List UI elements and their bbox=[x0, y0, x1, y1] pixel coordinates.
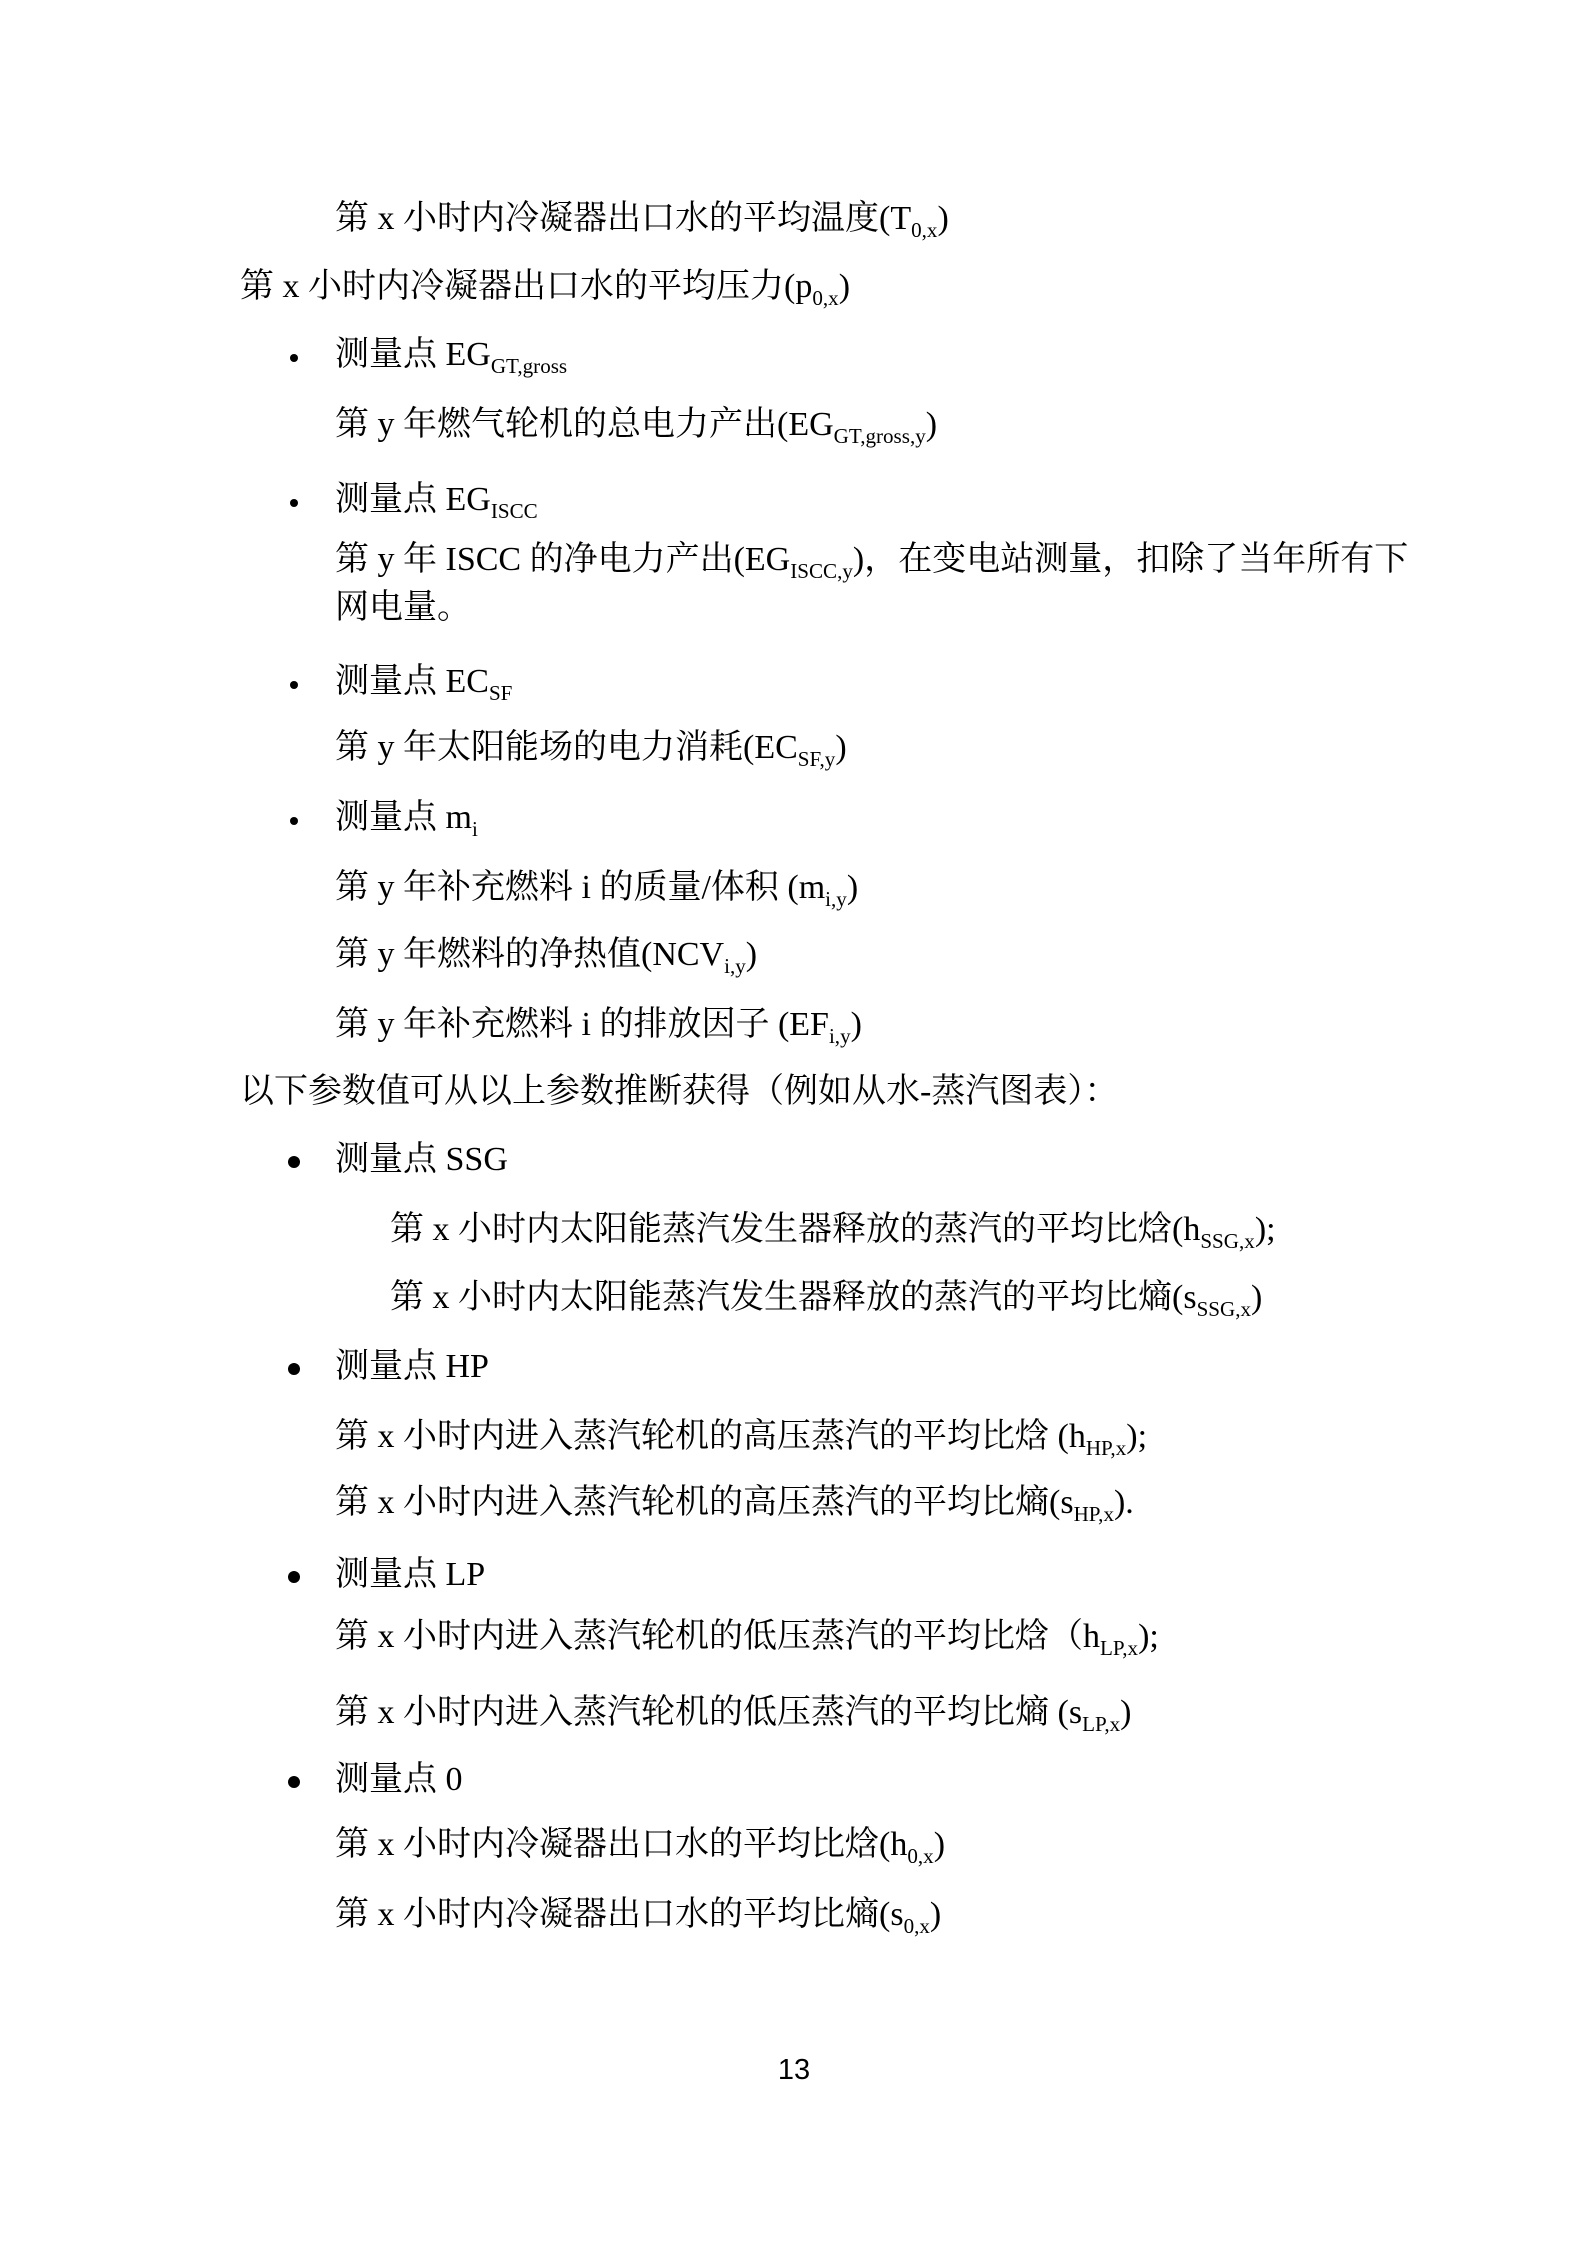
paragraph-line: 第 x 小时内进入蒸汽轮机的低压蒸汽的平均比熵 (sLP,x) bbox=[335, 1693, 1131, 1733]
paragraph-text: 第 x 小时内进入蒸汽轮机的低压蒸汽的平均比焓（hLP,x); bbox=[335, 1617, 1159, 1657]
document-page: 第 x 小时内冷凝器出口水的平均温度(T0,x) 第 x 小时内冷凝器出口水的平… bbox=[0, 0, 1588, 2245]
bullet-list-item: 测量点 EGISCC bbox=[335, 480, 538, 520]
paragraph-text: 网电量。 bbox=[335, 588, 471, 628]
page-number: 13 bbox=[0, 2050, 1588, 2090]
bullet-list-item: 测量点 0 bbox=[335, 1760, 463, 1800]
paragraph-text: 第 x 小时内进入蒸汽轮机的高压蒸汽的平均比焓 (hHP,x); bbox=[335, 1417, 1147, 1457]
bullet-icon bbox=[290, 817, 298, 825]
bullet-icon bbox=[288, 1776, 300, 1788]
paragraph-text: 第 x 小时内太阳能蒸汽发生器释放的蒸汽的平均比熵(sSSG,x) bbox=[390, 1278, 1262, 1318]
bullet-icon bbox=[288, 1363, 300, 1375]
paragraph-text: 第 x 小时内进入蒸汽轮机的高压蒸汽的平均比熵(sHP,x). bbox=[335, 1483, 1134, 1523]
paragraph-line: 第 y 年 ISCC 的净电力产出(EGISCC,y)，在变电站测量，扣除了当年… bbox=[335, 540, 1408, 580]
paragraph-line: 以下参数值可从以上参数推断获得（例如从水-蒸汽图表）： bbox=[240, 1072, 1118, 1112]
list-item-text: 测量点 EGISCC bbox=[335, 480, 538, 520]
paragraph-text: 第 y 年补充燃料 i 的质量/体积 (mi,y) bbox=[335, 868, 858, 908]
paragraph-text: 第 x 小时内冷凝器出口水的平均压力(p0,x) bbox=[240, 267, 850, 307]
paragraph-text: 第 y 年燃气轮机的总电力产出(EGGT,gross,y) bbox=[335, 405, 937, 445]
list-item-text: 测量点 LP bbox=[335, 1555, 485, 1595]
paragraph-line: 第 x 小时内进入蒸汽轮机的低压蒸汽的平均比焓（hLP,x); bbox=[335, 1617, 1159, 1657]
paragraph-line: 第 y 年燃气轮机的总电力产出(EGGT,gross,y) bbox=[335, 405, 937, 445]
bullet-list-item: 测量点 ECSF bbox=[335, 662, 512, 702]
paragraph-line: 第 x 小时内冷凝器出口水的平均压力(p0,x) bbox=[240, 267, 850, 307]
paragraph-line: 第 x 小时内进入蒸汽轮机的高压蒸汽的平均比熵(sHP,x). bbox=[335, 1483, 1134, 1523]
paragraph-line: 第 x 小时内冷凝器出口水的平均温度(T0,x) bbox=[335, 199, 949, 239]
bullet-list-item: 测量点 SSG bbox=[335, 1140, 508, 1180]
bullet-list-item: 测量点 mi bbox=[335, 798, 478, 838]
paragraph-text: 第 y 年燃料的净热值(NCVi,y) bbox=[335, 935, 757, 975]
paragraph-line: 第 y 年补充燃料 i 的排放因子 (EFi,y) bbox=[335, 1005, 862, 1045]
paragraph-text: 第 y 年补充燃料 i 的排放因子 (EFi,y) bbox=[335, 1005, 862, 1045]
bullet-list-item: 测量点 LP bbox=[335, 1555, 485, 1595]
list-item-text: 测量点 ECSF bbox=[335, 662, 512, 702]
list-item-text: 测量点 EGGT,gross bbox=[335, 335, 567, 375]
paragraph-text: 第 x 小时内冷凝器出口水的平均比焓(h0,x) bbox=[335, 1825, 945, 1865]
list-item-text: 测量点 0 bbox=[335, 1760, 463, 1800]
bullet-icon bbox=[288, 1571, 300, 1583]
paragraph-text: 第 x 小时内太阳能蒸汽发生器释放的蒸汽的平均比焓(hSSG,x); bbox=[390, 1210, 1276, 1250]
paragraph-text: 第 y 年 ISCC 的净电力产出(EGISCC,y)，在变电站测量，扣除了当年… bbox=[335, 540, 1408, 580]
bullet-icon bbox=[290, 681, 298, 689]
list-item-text: 测量点 SSG bbox=[335, 1140, 508, 1180]
paragraph-line: 第 x 小时内太阳能蒸汽发生器释放的蒸汽的平均比熵(sSSG,x) bbox=[390, 1278, 1262, 1318]
bullet-icon bbox=[290, 499, 298, 507]
paragraph-line: 第 x 小时内太阳能蒸汽发生器释放的蒸汽的平均比焓(hSSG,x); bbox=[390, 1210, 1276, 1250]
paragraph-text: 以下参数值可从以上参数推断获得（例如从水-蒸汽图表）： bbox=[240, 1072, 1118, 1112]
paragraph-line: 第 x 小时内进入蒸汽轮机的高压蒸汽的平均比焓 (hHP,x); bbox=[335, 1417, 1147, 1457]
bullet-list-item: 测量点 HP bbox=[335, 1347, 489, 1387]
paragraph-text: 第 x 小时内冷凝器出口水的平均温度(T0,x) bbox=[335, 199, 949, 239]
list-item-text: 测量点 mi bbox=[335, 798, 478, 838]
list-item-text: 测量点 HP bbox=[335, 1347, 489, 1387]
paragraph-line: 第 x 小时内冷凝器出口水的平均比焓(h0,x) bbox=[335, 1825, 945, 1865]
paragraph-line: 第 y 年燃料的净热值(NCVi,y) bbox=[335, 935, 757, 975]
paragraph-text: 第 x 小时内冷凝器出口水的平均比熵(s0,x) bbox=[335, 1895, 941, 1935]
paragraph-line: 第 x 小时内冷凝器出口水的平均比熵(s0,x) bbox=[335, 1895, 941, 1935]
paragraph-line: 第 y 年太阳能场的电力消耗(ECSF,y) bbox=[335, 728, 847, 768]
paragraph-text: 第 y 年太阳能场的电力消耗(ECSF,y) bbox=[335, 728, 847, 768]
bullet-icon bbox=[288, 1156, 300, 1168]
paragraph-line: 第 y 年补充燃料 i 的质量/体积 (mi,y) bbox=[335, 868, 858, 908]
paragraph-text: 第 x 小时内进入蒸汽轮机的低压蒸汽的平均比熵 (sLP,x) bbox=[335, 1693, 1131, 1733]
bullet-icon bbox=[290, 354, 298, 362]
bullet-list-item: 测量点 EGGT,gross bbox=[335, 335, 567, 375]
paragraph-line: 网电量。 bbox=[335, 588, 471, 628]
